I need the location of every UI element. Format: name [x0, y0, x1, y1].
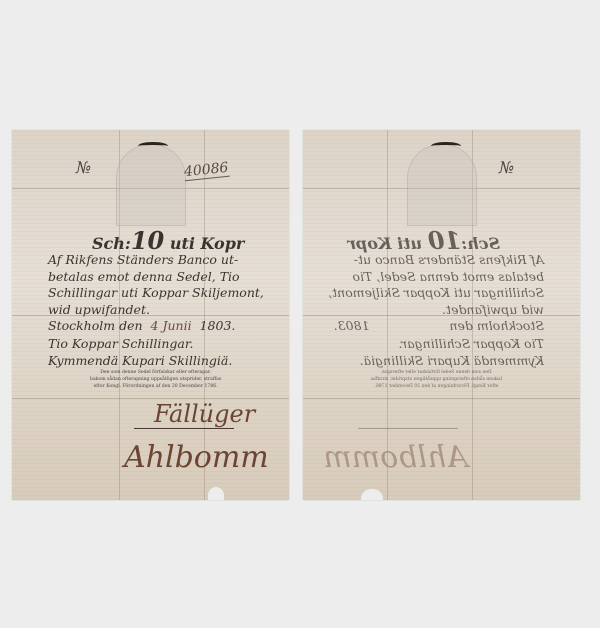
body-line: wid upwifandet. [48, 302, 264, 319]
promise-text: Af Rikfens Ständers Banco ut- betalas em… [48, 252, 264, 335]
amount-line-swedish: Tio Koppar Schillingar. [360, 335, 544, 352]
seal-mark [138, 142, 168, 150]
body-line: Af Rikfens Ständers Banco ut- [328, 252, 544, 269]
fine-print-line: Den som denne Sedel förfalskar eller eft… [371, 369, 502, 376]
body-line: Schillingar uti Koppar Skiljemont, [48, 285, 264, 302]
body-line: betalas emot denna Sedel, Tio [328, 269, 544, 286]
date-year: 1803. [334, 318, 370, 333]
torn-edge [208, 487, 224, 500]
promise-text: Af Rikfens Ständers Banco ut- betalas em… [328, 252, 544, 335]
amount-line-swedish: Tio Koppar Schillingar. [48, 335, 232, 352]
date-line: Stockholm den1803. [328, 318, 544, 335]
heading-suffix: uti Kopr [348, 234, 423, 253]
signature-2: Ahlbomm [323, 440, 468, 475]
date-year: 1803. [200, 318, 236, 333]
fine-print: Den som denne Sedel förfalskar eller eft… [371, 369, 502, 390]
heading-suffix: uti Kopr [170, 234, 245, 253]
fold-line [12, 398, 289, 399]
body-line: betalas emot denna Sedel, Tio [48, 269, 264, 286]
body-line: Af Rikfens Ständers Banco ut- [48, 252, 264, 269]
date-prefix: Stockholm den [449, 318, 544, 333]
fine-print-line: efter Kongl. Förordningen af den 20 Dece… [371, 383, 502, 390]
denomination-value: 10 [428, 226, 461, 255]
fine-print-line: bakom sådan ofterapning uppsåtligen utsp… [90, 376, 221, 383]
date-handwritten: 4 Junii [151, 318, 192, 333]
signature-2: Ahlbomm [124, 440, 269, 475]
mirrored-print: Sch:10 uti Kopr Af Rikfens Ständers Banc… [303, 130, 580, 500]
banknote-back: № Sch:10 uti Kopr Af Rikfens Ständers Ba… [303, 130, 580, 500]
body-line: Schillingar uti Koppar Skiljemont, [328, 285, 544, 302]
signature-line [358, 428, 458, 429]
date-line: Stockholm den4 Junii1803. [48, 318, 264, 335]
denomination-heading: Sch:10 uti Kopr [348, 226, 500, 255]
denomination-value: 10 [131, 226, 164, 255]
serial-number: 40086 [183, 160, 229, 182]
amount-line-finnish: Kymmendä Kupari Skillingiä. [48, 352, 232, 369]
fine-print-line: Den som denne Sedel förfalskar eller eft… [90, 369, 221, 376]
date-prefix: Stockholm den [48, 318, 143, 333]
banknote-front: № 40086 Sch:10 uti Kopr Af Rikfens Ständ… [12, 130, 289, 500]
fine-print-line: efter Kongl. Förordningen af den 20 Dece… [90, 383, 221, 390]
amount-line-finnish: Kymmendä Kupari Skillingiä. [360, 352, 544, 369]
denomination-heading: Sch:10 uti Kopr [92, 226, 244, 255]
torn-edge [361, 489, 383, 500]
heading-prefix: Sch: [461, 234, 500, 253]
body-line: wid upwifandet. [328, 302, 544, 319]
signature-line [134, 428, 234, 429]
signature-1: Fällüger [154, 400, 255, 428]
fine-print-line: bakom sådan ofterapning uppsåtligen utsp… [371, 376, 502, 383]
amount-text: Tio Koppar Schillingar. Kymmendä Kupari … [48, 335, 232, 369]
watermark [116, 144, 186, 226]
heading-prefix: Sch: [92, 234, 131, 253]
amount-text: Tio Koppar Schillingar. Kymmendä Kupari … [360, 335, 544, 369]
number-label: № [76, 158, 91, 177]
fine-print: Den som denne Sedel förfalskar eller eft… [90, 369, 221, 390]
